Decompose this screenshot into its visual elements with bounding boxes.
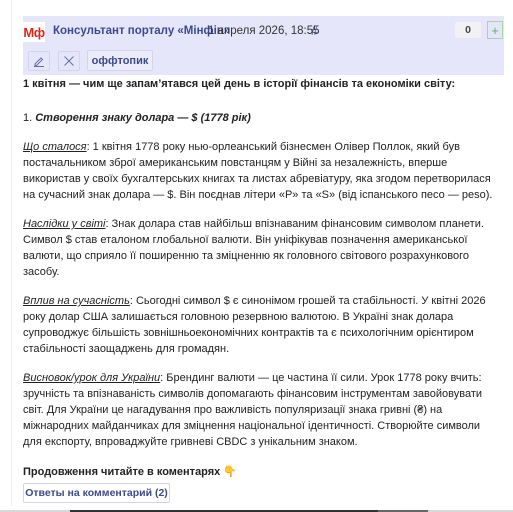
delete-button[interactable] — [58, 51, 80, 71]
offtopic-button[interactable]: оффтопик — [87, 50, 153, 71]
paragraph-text: : 1 квітня 1778 року нью-орлеанський біз… — [23, 141, 492, 201]
paragraph-label: Наслідки у світі — [23, 218, 106, 230]
comment-date: 1 апреля 2026, 18:55 — [208, 25, 320, 37]
thread-line — [11, 0, 12, 506]
comment-title: 1 квітня — чим ще запам’ятався цей день … — [23, 76, 493, 92]
upvote-button[interactable]: + — [487, 21, 503, 39]
pointing-down-icon: 👇 — [223, 466, 237, 478]
paragraph-label: Вплив на сучасність — [23, 295, 130, 307]
paragraph-consequences: Наслідки у світі: Знак долара став найбі… — [23, 216, 493, 280]
paragraph-impact: Вплив на сучасність: Сьогодні символ $ є… — [23, 293, 493, 357]
paragraph-what-happened: Що сталося: 1 квітня 1778 року нью-орлеа… — [23, 139, 493, 203]
author-name[interactable]: Консультант порталу «Мінфін» — [53, 25, 230, 37]
item-heading: 1. Створення знаку долара — $ (1778 рік) — [23, 110, 493, 126]
pencil-icon — [33, 55, 45, 67]
comment-header: Мф Консультант порталу «Мінфін» 1 апреля… — [23, 16, 504, 75]
close-icon — [63, 55, 75, 67]
comment-anchor-link[interactable]: # — [311, 24, 318, 38]
show-replies-button[interactable]: Ответы на комментарий (2) — [23, 483, 170, 503]
paragraph-label: Висновок/урок для України — [23, 372, 160, 384]
paragraph-conclusion: Висновок/урок для України: Брендинг валю… — [23, 370, 493, 450]
continue-text: Продовження читайте в коментарях — [23, 466, 220, 478]
vote-count: 0 — [455, 22, 481, 38]
paragraph-label: Що сталося — [23, 141, 87, 153]
item-title: Створення знаку долара — $ (1778 рік) — [35, 112, 251, 124]
comment-body: 1 квітня — чим ще запам’ятався цей день … — [23, 76, 493, 499]
continue-note: Продовження читайте в коментарях 👇 — [23, 464, 493, 480]
item-number: 1. — [23, 112, 35, 124]
edit-button[interactable] — [28, 51, 50, 71]
author-avatar[interactable]: Мф — [23, 22, 45, 42]
